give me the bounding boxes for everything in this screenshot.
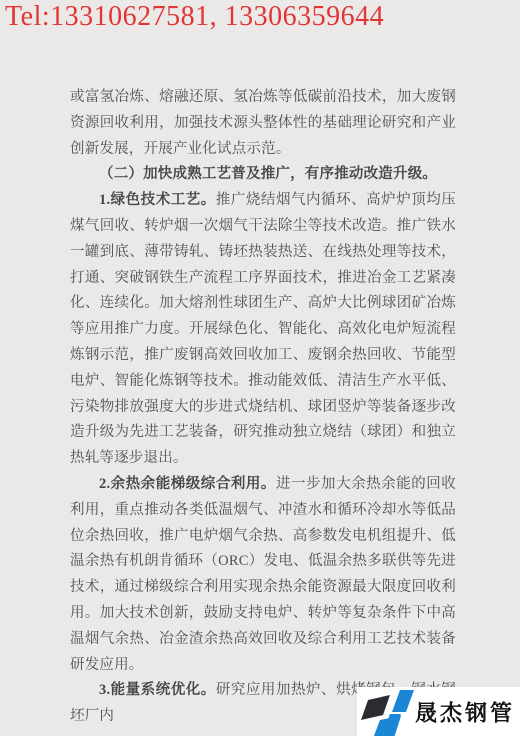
paragraph-text: 或富氢冶炼、熔融还原、氢冶炼等低碳前沿技术，加大废钢资源回收利用，加强技术源头整… (70, 89, 456, 157)
logo-mark-icon (358, 687, 418, 736)
document-paragraph: 或富氢冶炼、熔融还原、氢冶炼等低碳前沿技术，加大废钢资源回收利用，加强技术源头整… (70, 85, 456, 162)
tel-header: Tel:13310627581, 13306359644 (5, 1, 384, 33)
paragraph-lead-bold: 3.能量系统优化。 (99, 682, 216, 698)
logo-parallelogram-blue-top (392, 690, 414, 712)
document-body: 或富氢冶炼、熔融还原、氢冶炼等低碳前沿技术，加大废钢资源回收利用，加强技术源头整… (70, 85, 456, 730)
paragraph-lead-bold: （二）加快成熟工艺普及推广，有序推动改造升级。 (99, 166, 437, 182)
document-paragraph: （二）加快成熟工艺普及推广，有序推动改造升级。 (70, 162, 456, 188)
paragraph-text: 推广烧结烟气内循环、高炉炉顶均压煤气回收、转炉烟一次烟气干法除尘等技术改造。推广… (70, 192, 456, 466)
document-paragraph: 2.余热余能梯级综合利用。进一步加大余热余能的回收利用，重点推动各类低温烟气、冲… (70, 472, 456, 678)
logo-parallelogram-dark (361, 695, 390, 720)
logo-text: 晟杰钢管 (415, 696, 515, 727)
document-paragraph: 1.绿色技术工艺。推广烧结烟气内循环、高炉炉顶均压煤气回收、转炉烟一次烟气干法除… (70, 188, 456, 472)
logo: 晟杰钢管 (357, 687, 520, 736)
paragraph-lead-bold: 2.余热余能梯级综合利用。 (99, 476, 276, 492)
logo-parallelogram-blue-bottom (372, 716, 401, 736)
paragraph-text: 进一步加大余热余能的回收利用，重点推动各类低温烟气、冲渣水和循环冷却水等低品位余… (70, 476, 456, 673)
paragraph-lead-bold: 1.绿色技术工艺。 (99, 192, 216, 208)
